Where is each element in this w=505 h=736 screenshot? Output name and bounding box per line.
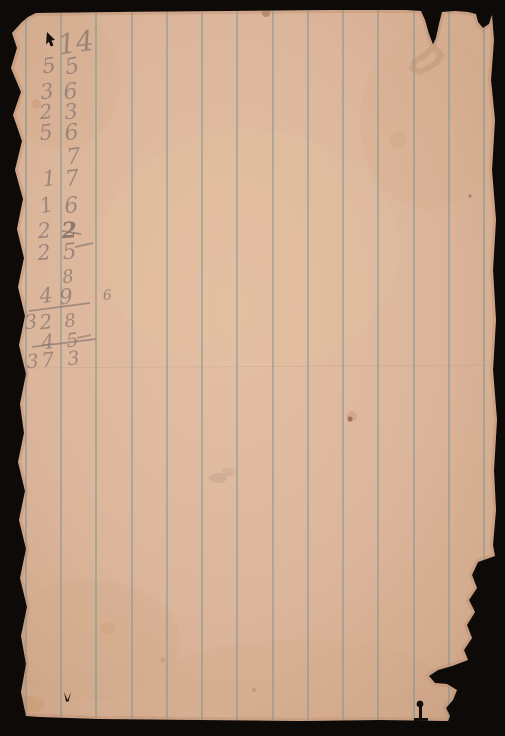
paper-scan: 5 3 2 5 1 1 2 2 4 14 5 6 3 6 7 7 6 2 5 8… <box>0 0 505 736</box>
stain-spot <box>347 411 357 421</box>
handwritten-digit: 6 <box>63 120 80 146</box>
handwritten-digit: 5 <box>61 239 77 265</box>
stain-spot <box>100 622 116 634</box>
pencil-smudge <box>222 468 234 476</box>
stain-spot <box>468 194 471 197</box>
handwritten-digit: 2 <box>35 218 51 243</box>
handwritten-digit: 1 <box>41 166 56 191</box>
handwritten-digit: 4 <box>37 283 54 308</box>
stain-spot <box>252 688 256 692</box>
stain-spot <box>160 657 166 663</box>
handwritten-digit: 6 <box>63 193 80 219</box>
handwritten-digit: 2 <box>35 240 52 265</box>
handwritten-digit: 3 <box>23 309 38 334</box>
scanned-document: 5 3 2 5 1 1 2 2 4 14 5 6 3 6 7 7 6 2 5 8… <box>0 0 505 736</box>
handwritten-digit: 3 <box>25 350 39 373</box>
stain-spot <box>389 131 407 149</box>
handwritten-digit-stray: 6 <box>102 287 113 304</box>
